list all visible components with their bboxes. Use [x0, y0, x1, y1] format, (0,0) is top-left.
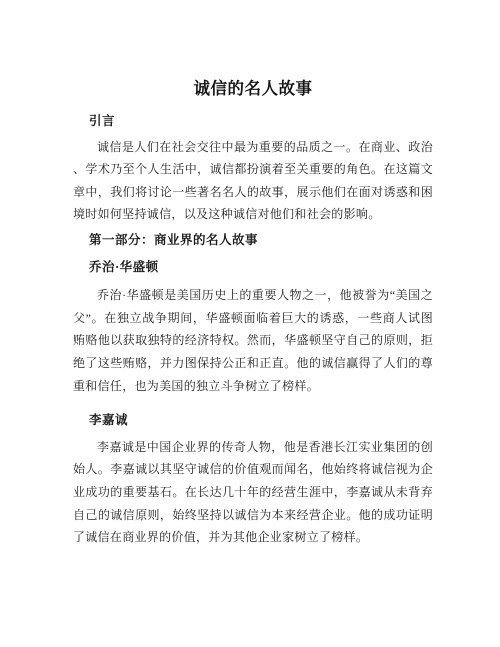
- document-title: 诚信的名人故事: [73, 78, 433, 100]
- section-heading-introduction: 引言: [73, 110, 433, 133]
- document-page: 诚信的名人故事 引言 诚信是人们在社会交往中最为重要的品质之一。在商业、政治、学…: [0, 0, 500, 647]
- section-heading-george-washington: 乔治·华盛顿: [73, 256, 433, 279]
- document-content: 诚信的名人故事 引言 诚信是人们在社会交往中最为重要的品质之一。在商业、政治、学…: [0, 0, 500, 549]
- paragraph-li-ka-shing: 李嘉诚是中国企业界的传奇人物，他是香港长江实业集团的创始人。李嘉诚以其坚守诚信的…: [73, 436, 433, 549]
- section-heading-li-ka-shing: 李嘉诚: [73, 409, 433, 432]
- paragraph-george-washington: 乔治·华盛顿是美国历史上的重要人物之一，他被誉为“美国之父”。在独立战争期间，华…: [73, 284, 433, 397]
- paragraph-introduction: 诚信是人们在社会交往中最为重要的品质之一。在商业、政治、学术乃至个人生活中，诚信…: [73, 136, 433, 226]
- section-heading-part-one-business: 第一部分：商业界的名人故事: [73, 229, 433, 252]
